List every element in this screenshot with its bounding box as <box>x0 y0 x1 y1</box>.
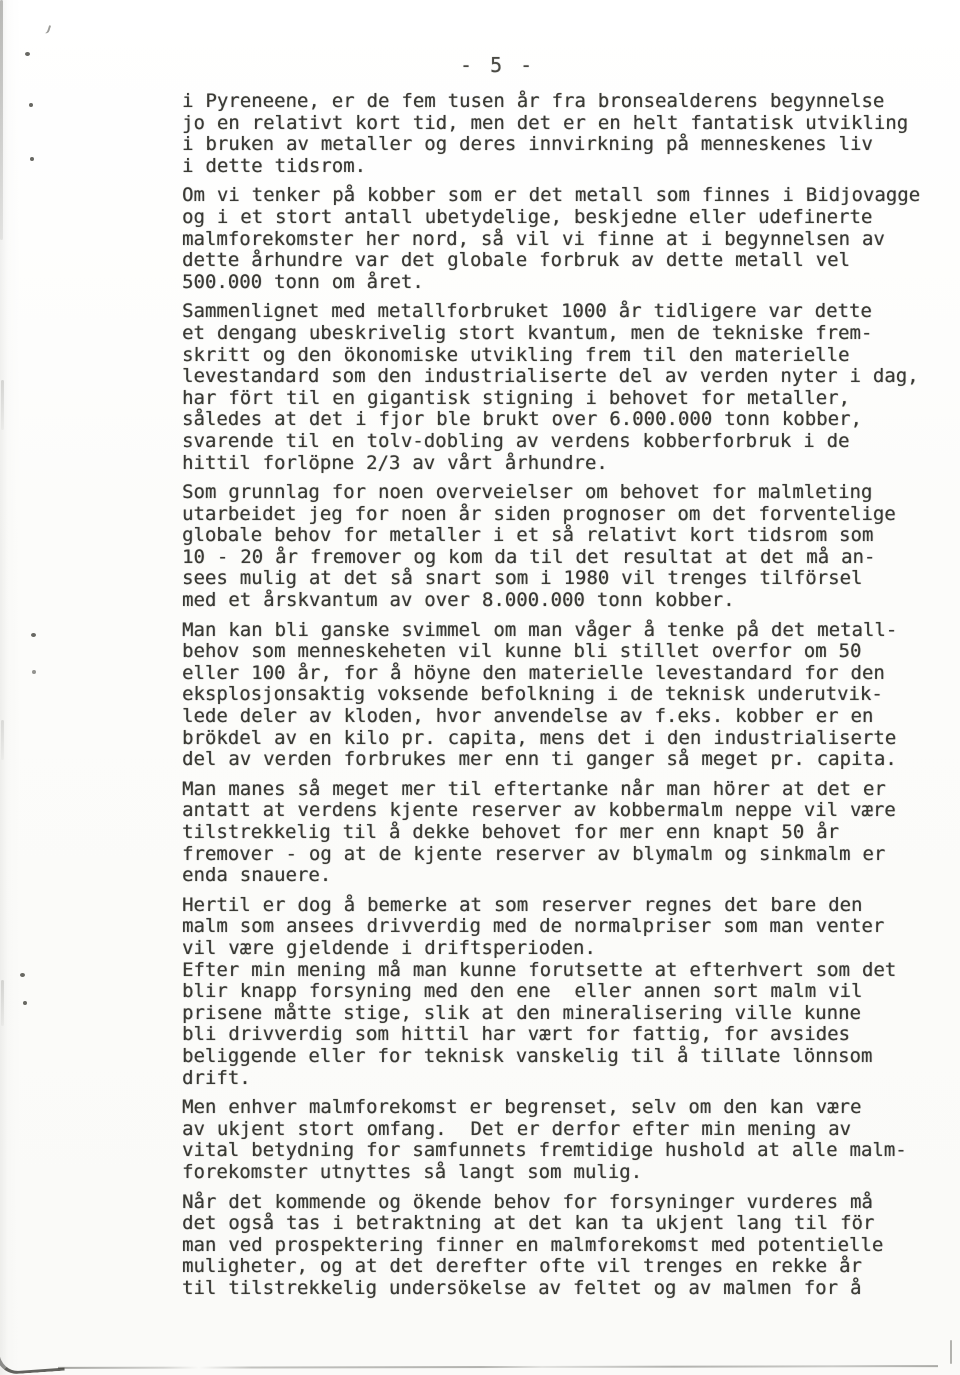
scan-edge-strip <box>1 380 4 430</box>
paragraph-reserve-definition-prices: Hertil er dog å bemerke at som reserver … <box>182 895 934 1089</box>
scan-speck <box>23 1001 27 1005</box>
scan-edge-strip <box>1 720 4 760</box>
paragraph-metal-consumption-growth: Sammenlignet med metallforbruket 1000 år… <box>182 301 934 474</box>
scan-speck <box>25 52 30 56</box>
paragraph-future-metal-need: Man kan bli ganske svimmel om man våger … <box>182 620 934 771</box>
document-text-block: i Pyreneene, er de fem tusen år fra bron… <box>182 91 934 1307</box>
scan-speck <box>31 633 36 637</box>
scan-bottom-line <box>58 1365 938 1369</box>
scan-edge-strip <box>1 980 4 1026</box>
paragraph-intro-pyrenees: i Pyreneene, er de fem tusen år fra bron… <box>182 91 934 177</box>
page-number: - 5 - <box>460 53 535 77</box>
paragraph-copper-bidjovagge: Om vi tenker på kobber som er det metall… <box>182 185 934 293</box>
scan-right-edge-mark <box>950 1340 952 1364</box>
scan-speck <box>30 157 34 161</box>
paragraph-prospecting-time: Når det kommende og ökende behov for for… <box>182 1192 934 1300</box>
paragraph-known-reserves: Man manes så meget mer til eftertanke nå… <box>182 779 934 887</box>
scan-bottom-left-mark <box>0 1346 65 1375</box>
scan-speck <box>29 103 33 107</box>
scan-speck <box>32 670 36 674</box>
scan-speck <box>20 973 25 977</box>
paragraph-deposits-limited: Men enhver malmforekomst er begrenset, s… <box>182 1097 934 1183</box>
scan-edge-strip <box>0 0 3 240</box>
paragraph-prognosis-1980: Som grunnlag for noen overveielser om be… <box>182 482 934 612</box>
scan-corner-mark <box>39 23 51 35</box>
scanned-document-page: - 5 - i Pyreneene, er de fem tusen år fr… <box>0 0 960 1375</box>
